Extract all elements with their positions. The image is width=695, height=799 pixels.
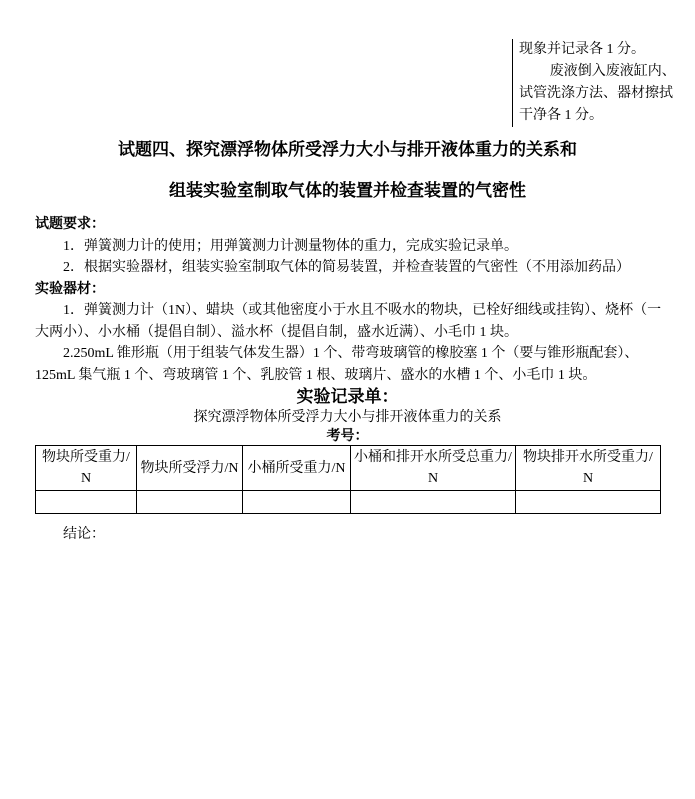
header-bucket-and-water-weight: 小桶和排开水所受总重力/N [351,446,516,491]
table-cell [137,491,243,514]
requirement-item-2: 2．根据实验器材，组装实验室制取气体的简易装置，并检查装置的气密性（不用添加药品… [0,257,695,279]
document-page: { "note": { "lines": [ "现象并记录各 1 分。", "废… [0,0,695,799]
table-cell [516,491,661,514]
header-displaced-water-weight: 物块排开水所受重力/N [516,446,661,491]
requirements-heading: 试题要求： [0,214,695,236]
header-block-buoyancy: 物块所受浮力/N [137,446,243,491]
grading-note-line: 现象并记录各 1 分。 [519,39,695,61]
record-sheet-heading: 实验记录单： [0,386,695,408]
equipment-item-2: 2.250mL 锥形瓶（用于组装气体发生器）1 个、带弯玻璃管的橡胶塞 1 个（… [0,343,695,386]
requirement-item-1: 1．弹簧测力计的使用；用弹簧测力计测量物体的重力，完成实验记录单。 [0,236,695,258]
table-cell [351,491,516,514]
equipment-heading: 实验器材： [0,279,695,301]
conclusion-label: 结论： [0,524,695,546]
grading-note-line: 试管洗涤方法、器材擦拭 [519,83,695,105]
grading-note-line: 废液倒入废液缸内、 [519,61,695,83]
grading-note-line: 干净各 1 分。 [519,105,695,127]
record-table: 物块所受重力/N 物块所受浮力/N 小桶所受重力/N 小桶和排开水所受总重力/N… [35,445,661,514]
equipment-item-1: 1．弹簧测力计（1N）、蜡块（或其他密度小于水且不吸水的物块，已栓好细线或挂钩）… [0,300,695,343]
document-title-line2: 组装实验室制取气体的装置并检查装置的气密性 [0,180,695,202]
record-table-data-row [36,491,661,514]
table-cell [36,491,137,514]
exam-number-label: 考号： [0,428,695,445]
table-cell [243,491,351,514]
header-block-weight: 物块所受重力/N [36,446,137,491]
record-table-header-row: 物块所受重力/N 物块所受浮力/N 小桶所受重力/N 小桶和排开水所受总重力/N… [36,446,661,491]
header-bucket-weight: 小桶所受重力/N [243,446,351,491]
grading-note: 现象并记录各 1 分。 废液倒入废液缸内、 试管洗涤方法、器材擦拭 干净各 1 … [512,39,695,127]
record-sheet-subtitle: 探究漂浮物体所受浮力大小与排开液体重力的关系 [0,408,695,428]
